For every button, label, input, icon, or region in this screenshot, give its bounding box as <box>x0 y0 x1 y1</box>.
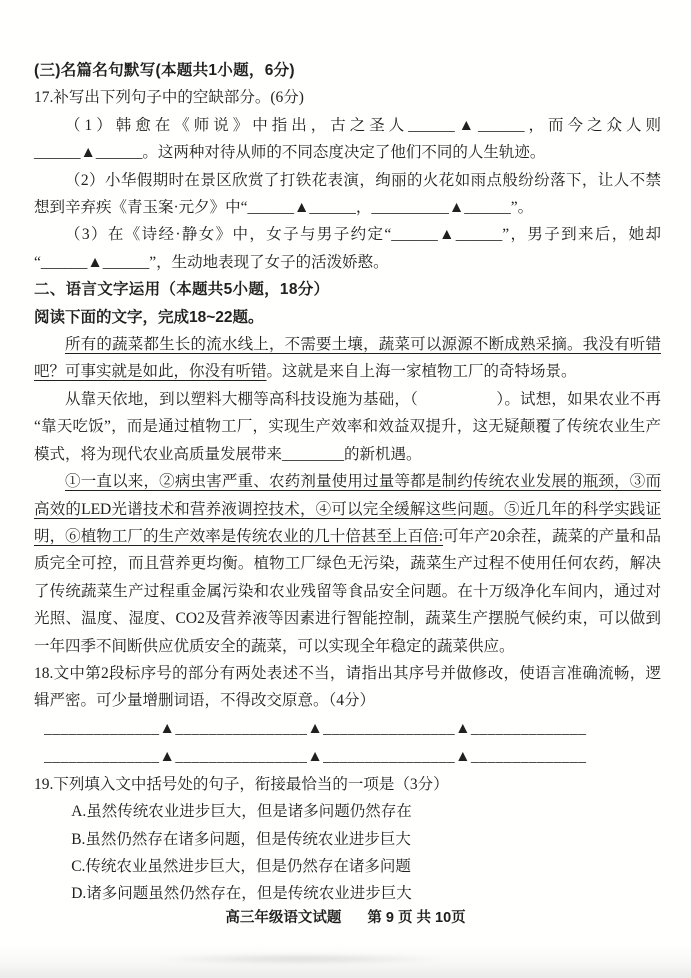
q18-answer-line-1: ______________▲________________▲________… <box>44 715 661 743</box>
q19-option-b: B.虽然仍然存在诸多问题，但是传统农业进步巨大 <box>71 826 661 853</box>
page-footer: 高三年级语文试题第 9 页 共 10页 <box>0 905 691 932</box>
q18-stem: 18.文中第2段标序号的部分有两处表述不当，请指出其序号并做修改，使语言准确流畅… <box>34 660 661 715</box>
section-2-heading: 二、语言文字运用（本题共5小题，18分） <box>34 276 661 303</box>
reading-intro: 阅读下面的文字，完成18~22题。 <box>34 304 661 331</box>
q19-stem: 19.下列填入文中括号处的句子，衔接最恰当的一项是（3分） <box>34 771 661 798</box>
scan-smudge <box>150 954 450 964</box>
passage-para-3-rest: 可年产20余茬，蔬菜的产量和品质完全可控，而且营养更均衡。植物工厂绿色无污染，蔬… <box>34 528 661 655</box>
scan-shadow <box>0 944 691 978</box>
exam-page: (三)名篇名句默写(本题共1小题，6分) 17.补写出下列句子中的空缺部分。(6… <box>0 0 691 978</box>
passage-para-1-rest: 。这就是来自上海一家植物工厂的奇特场景。 <box>267 363 577 380</box>
footer-page-number: 第 9 页 共 10页 <box>367 910 465 926</box>
q19-option-a: A.虽然传统农业进步巨大，但是诸多问题仍然存在 <box>71 798 661 825</box>
footer-title: 高三年级语文试题 <box>225 910 341 926</box>
passage-para-3: ①一直以来，②病虫害严重、农药剂量使用过量等都是制约传统农业发展的瓶颈，③而高效… <box>34 468 661 660</box>
passage-para-2: 从靠天依地，到以塑料大棚等高科技设施为基础，（ ）。试想，如果农业不再“靠天吃饭… <box>34 386 661 468</box>
q19-options: A.虽然传统农业进步巨大，但是诸多问题仍然存在 B.虽然仍然存在诸多问题，但是传… <box>71 798 661 908</box>
section-3-heading: (三)名篇名句默写(本题共1小题，6分) <box>34 57 661 84</box>
q17-stem: 17.补写出下列句子中的空缺部分。(6分) <box>34 84 661 111</box>
q17-item-3: （3）在《诗经·静女》中，女子与男子约定“______▲______”，男子到来… <box>34 221 661 276</box>
passage-para-1: 所有的蔬菜都生长的流水线上，不需要土壤，蔬菜可以源源不断成熟采摘。我没有听错吧？… <box>34 331 661 386</box>
q19-option-c: C.传统农业虽然进步巨大，但是仍然存在诸多问题 <box>71 853 661 880</box>
q17-item-2: （2）小华假期时在景区欣赏了打铁花表演，绚丽的火花如雨点般纷纷落下，让人不禁想到… <box>34 167 661 222</box>
q17-item-1: （1）韩愈在《师说》中指出，古之圣人______▲______，而今之众人则__… <box>34 112 661 167</box>
q18-answer-line-2: ______________▲________________▲________… <box>44 743 661 771</box>
